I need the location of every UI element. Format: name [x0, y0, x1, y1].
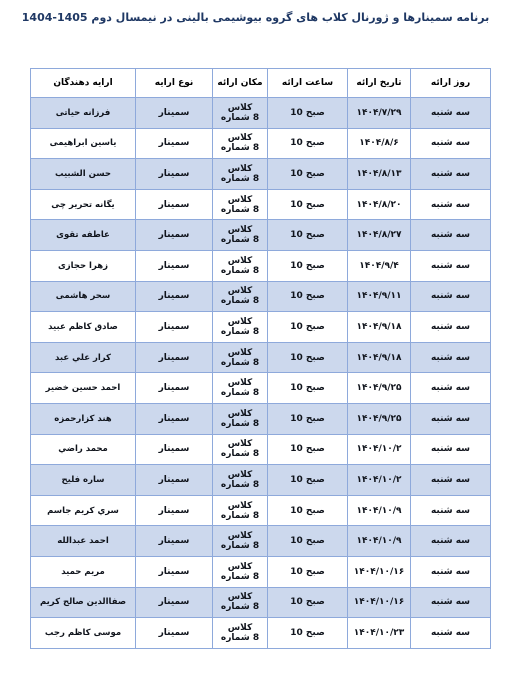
table-row: سه شنبه ۱۴۰۴/۱۰/۲۳ 10 صبح کلاس شماره 8 س… [31, 618, 491, 649]
cell-presenter: احمد حسین خضیر [31, 373, 136, 404]
cell-time: 10 صبح [268, 434, 348, 465]
cell-time: 10 صبح [268, 495, 348, 526]
column-header-presenter: ارایه دهندگان [31, 69, 136, 98]
table-row: سه شنبه ۱۴۰۴/۹/۲۵ 10 صبح کلاس شماره 8 سم… [31, 403, 491, 434]
cell-day: سه شنبه [411, 281, 491, 312]
cell-type: سمینار [136, 465, 213, 496]
cell-date: ۱۴۰۴/۷/۲۹ [348, 98, 411, 129]
table-row: سه شنبه ۱۴۰۴/۱۰/۹ 10 صبح کلاس شماره 8 سم… [31, 495, 491, 526]
column-header-day: روز ارائه [411, 69, 491, 98]
cell-presenter: ساره فلیح [31, 465, 136, 496]
cell-place: کلاس شماره 8 [213, 556, 268, 587]
table-body: سه شنبه ۱۴۰۴/۷/۲۹ 10 صبح کلاس شماره 8 سم… [31, 98, 491, 649]
cell-presenter: سري کریم جاسم [31, 495, 136, 526]
cell-presenter: یاسین ابراهیمی [31, 128, 136, 159]
cell-place: کلاس شماره 8 [213, 587, 268, 618]
cell-presenter: صادق کاظم عبید [31, 312, 136, 343]
table-row: سه شنبه ۱۴۰۴/۱۰/۱۶ 10 صبح کلاس شماره 8 س… [31, 556, 491, 587]
cell-presenter: احمد عبدالله [31, 526, 136, 557]
cell-place: کلاس شماره 8 [213, 128, 268, 159]
table-row: سه شنبه ۱۴۰۴/۸/۲۰ 10 صبح کلاس شماره 8 سم… [31, 189, 491, 220]
cell-presenter: عاطفه تقوی [31, 220, 136, 251]
table-row: سه شنبه ۱۴۰۴/۷/۲۹ 10 صبح کلاس شماره 8 سم… [31, 98, 491, 129]
cell-time: 10 صبح [268, 312, 348, 343]
cell-day: سه شنبه [411, 98, 491, 129]
cell-date: ۱۴۰۴/۱۰/۹ [348, 526, 411, 557]
cell-presenter: هند کزارحمزه [31, 403, 136, 434]
cell-date: ۱۴۰۴/۸/۱۳ [348, 159, 411, 190]
cell-day: سه شنبه [411, 373, 491, 404]
cell-presenter: صفاالدین صالح کریم [31, 587, 136, 618]
cell-date: ۱۴۰۴/۱۰/۲ [348, 465, 411, 496]
cell-date: ۱۴۰۴/۹/۱۸ [348, 342, 411, 373]
schedule-table: روز ارائه تاریخ ارائه ساعت ارائه مکان ار… [30, 68, 491, 649]
cell-type: سمینار [136, 434, 213, 465]
cell-time: 10 صبح [268, 403, 348, 434]
cell-place: کلاس شماره 8 [213, 342, 268, 373]
cell-day: سه شنبه [411, 342, 491, 373]
cell-presenter: کرار علي عبد [31, 342, 136, 373]
table-row: سه شنبه ۱۴۰۴/۱۰/۹ 10 صبح کلاس شماره 8 سم… [31, 526, 491, 557]
cell-time: 10 صبح [268, 342, 348, 373]
cell-day: سه شنبه [411, 159, 491, 190]
cell-time: 10 صبح [268, 526, 348, 557]
page-title-text: برنامه سمینارها و ژورنال کلاب های گروه ب… [91, 11, 489, 24]
cell-place: کلاس شماره 8 [213, 189, 268, 220]
column-header-type: نوع ارایه [136, 69, 213, 98]
cell-type: سمینار [136, 98, 213, 129]
table-row: سه شنبه ۱۴۰۴/۸/۲۷ 10 صبح کلاس شماره 8 سم… [31, 220, 491, 251]
cell-type: سمینار [136, 281, 213, 312]
cell-date: ۱۴۰۴/۱۰/۱۶ [348, 556, 411, 587]
cell-type: سمینار [136, 587, 213, 618]
column-header-time: ساعت ارائه [268, 69, 348, 98]
cell-presenter: محمد راضي [31, 434, 136, 465]
cell-presenter: سحر هاشمی [31, 281, 136, 312]
cell-presenter: مریم حمید [31, 556, 136, 587]
table-row: سه شنبه ۱۴۰۴/۱۰/۲ 10 صبح کلاس شماره 8 سم… [31, 434, 491, 465]
cell-day: سه شنبه [411, 312, 491, 343]
column-header-place: مکان ارائه [213, 69, 268, 98]
cell-type: سمینار [136, 495, 213, 526]
cell-date: ۱۴۰۴/۱۰/۱۶ [348, 587, 411, 618]
table-row: سه شنبه ۱۴۰۴/۹/۲۵ 10 صبح کلاس شماره 8 سم… [31, 373, 491, 404]
cell-place: کلاس شماره 8 [213, 465, 268, 496]
cell-date: ۱۴۰۴/۹/۴ [348, 250, 411, 281]
table-row: سه شنبه ۱۴۰۴/۱۰/۱۶ 10 صبح کلاس شماره 8 س… [31, 587, 491, 618]
cell-type: سمینار [136, 526, 213, 557]
cell-day: سه شنبه [411, 495, 491, 526]
cell-time: 10 صبح [268, 159, 348, 190]
table-row: سه شنبه ۱۴۰۴/۸/۱۳ 10 صبح کلاس شماره 8 سم… [31, 159, 491, 190]
cell-date: ۱۴۰۴/۹/۲۵ [348, 373, 411, 404]
cell-date: ۱۴۰۴/۹/۱۱ [348, 281, 411, 312]
table-row: سه شنبه ۱۴۰۴/۹/۱۸ 10 صبح کلاس شماره 8 سم… [31, 342, 491, 373]
cell-place: کلاس شماره 8 [213, 281, 268, 312]
cell-place: کلاس شماره 8 [213, 312, 268, 343]
cell-date: ۱۴۰۴/۹/۲۵ [348, 403, 411, 434]
cell-date: ۱۴۰۴/۸/۲۰ [348, 189, 411, 220]
cell-time: 10 صبح [268, 128, 348, 159]
cell-presenter: زهرا حجازی [31, 250, 136, 281]
table-row: سه شنبه ۱۴۰۴/۹/۱۸ 10 صبح کلاس شماره 8 سم… [31, 312, 491, 343]
cell-type: سمینار [136, 403, 213, 434]
cell-type: سمینار [136, 220, 213, 251]
cell-time: 10 صبح [268, 220, 348, 251]
cell-day: سه شنبه [411, 587, 491, 618]
table-row: سه شنبه ۱۴۰۴/۱۰/۲ 10 صبح کلاس شماره 8 سم… [31, 465, 491, 496]
cell-day: سه شنبه [411, 403, 491, 434]
cell-date: ۱۴۰۴/۱۰/۹ [348, 495, 411, 526]
cell-date: ۱۴۰۴/۱۰/۲۳ [348, 618, 411, 649]
cell-day: سه شنبه [411, 526, 491, 557]
cell-place: کلاس شماره 8 [213, 434, 268, 465]
cell-day: سه شنبه [411, 465, 491, 496]
cell-date: ۱۴۰۴/۸/۶ [348, 128, 411, 159]
cell-place: کلاس شماره 8 [213, 495, 268, 526]
cell-time: 10 صبح [268, 587, 348, 618]
cell-day: سه شنبه [411, 556, 491, 587]
cell-day: سه شنبه [411, 434, 491, 465]
cell-day: سه شنبه [411, 618, 491, 649]
document-page: برنامه سمینارها و ژورنال کلاب های گروه ب… [0, 0, 511, 673]
cell-type: سمینار [136, 250, 213, 281]
cell-day: سه شنبه [411, 128, 491, 159]
cell-type: سمینار [136, 556, 213, 587]
cell-date: ۱۴۰۴/۸/۲۷ [348, 220, 411, 251]
cell-place: کلاس شماره 8 [213, 250, 268, 281]
cell-time: 10 صبح [268, 98, 348, 129]
cell-place: کلاس شماره 8 [213, 618, 268, 649]
table-row: سه شنبه ۱۴۰۴/۸/۶ 10 صبح کلاس شماره 8 سمی… [31, 128, 491, 159]
cell-type: سمینار [136, 373, 213, 404]
table-row: سه شنبه ۱۴۰۴/۹/۴ 10 صبح کلاس شماره 8 سمی… [31, 250, 491, 281]
cell-type: سمینار [136, 618, 213, 649]
cell-type: سمینار [136, 312, 213, 343]
column-header-date: تاریخ ارائه [348, 69, 411, 98]
cell-time: 10 صبح [268, 373, 348, 404]
cell-time: 10 صبح [268, 189, 348, 220]
cell-day: سه شنبه [411, 220, 491, 251]
cell-day: سه شنبه [411, 250, 491, 281]
table-header-row: روز ارائه تاریخ ارائه ساعت ارائه مکان ار… [31, 69, 491, 98]
cell-presenter: یگانه تحریر چی [31, 189, 136, 220]
page-title: برنامه سمینارها و ژورنال کلاب های گروه ب… [0, 11, 511, 24]
cell-time: 10 صبح [268, 618, 348, 649]
cell-time: 10 صبح [268, 281, 348, 312]
cell-day: سه شنبه [411, 189, 491, 220]
cell-time: 10 صبح [268, 556, 348, 587]
cell-presenter: موسی کاظم رجب [31, 618, 136, 649]
cell-time: 10 صبح [268, 465, 348, 496]
cell-place: کلاس شماره 8 [213, 159, 268, 190]
cell-date: ۱۴۰۴/۹/۱۸ [348, 312, 411, 343]
cell-type: سمینار [136, 342, 213, 373]
cell-place: کلاس شماره 8 [213, 220, 268, 251]
cell-place: کلاس شماره 8 [213, 373, 268, 404]
cell-place: کلاس شماره 8 [213, 403, 268, 434]
cell-type: سمینار [136, 128, 213, 159]
cell-type: سمینار [136, 189, 213, 220]
cell-type: سمینار [136, 159, 213, 190]
table-row: سه شنبه ۱۴۰۴/۹/۱۱ 10 صبح کلاس شماره 8 سم… [31, 281, 491, 312]
cell-place: کلاس شماره 8 [213, 526, 268, 557]
cell-time: 10 صبح [268, 250, 348, 281]
cell-date: ۱۴۰۴/۱۰/۲ [348, 434, 411, 465]
cell-place: کلاس شماره 8 [213, 98, 268, 129]
page-title-years: 1404-1405 [22, 11, 88, 24]
cell-presenter: فرزانه حیاتی [31, 98, 136, 129]
cell-presenter: حسن الشبیب [31, 159, 136, 190]
